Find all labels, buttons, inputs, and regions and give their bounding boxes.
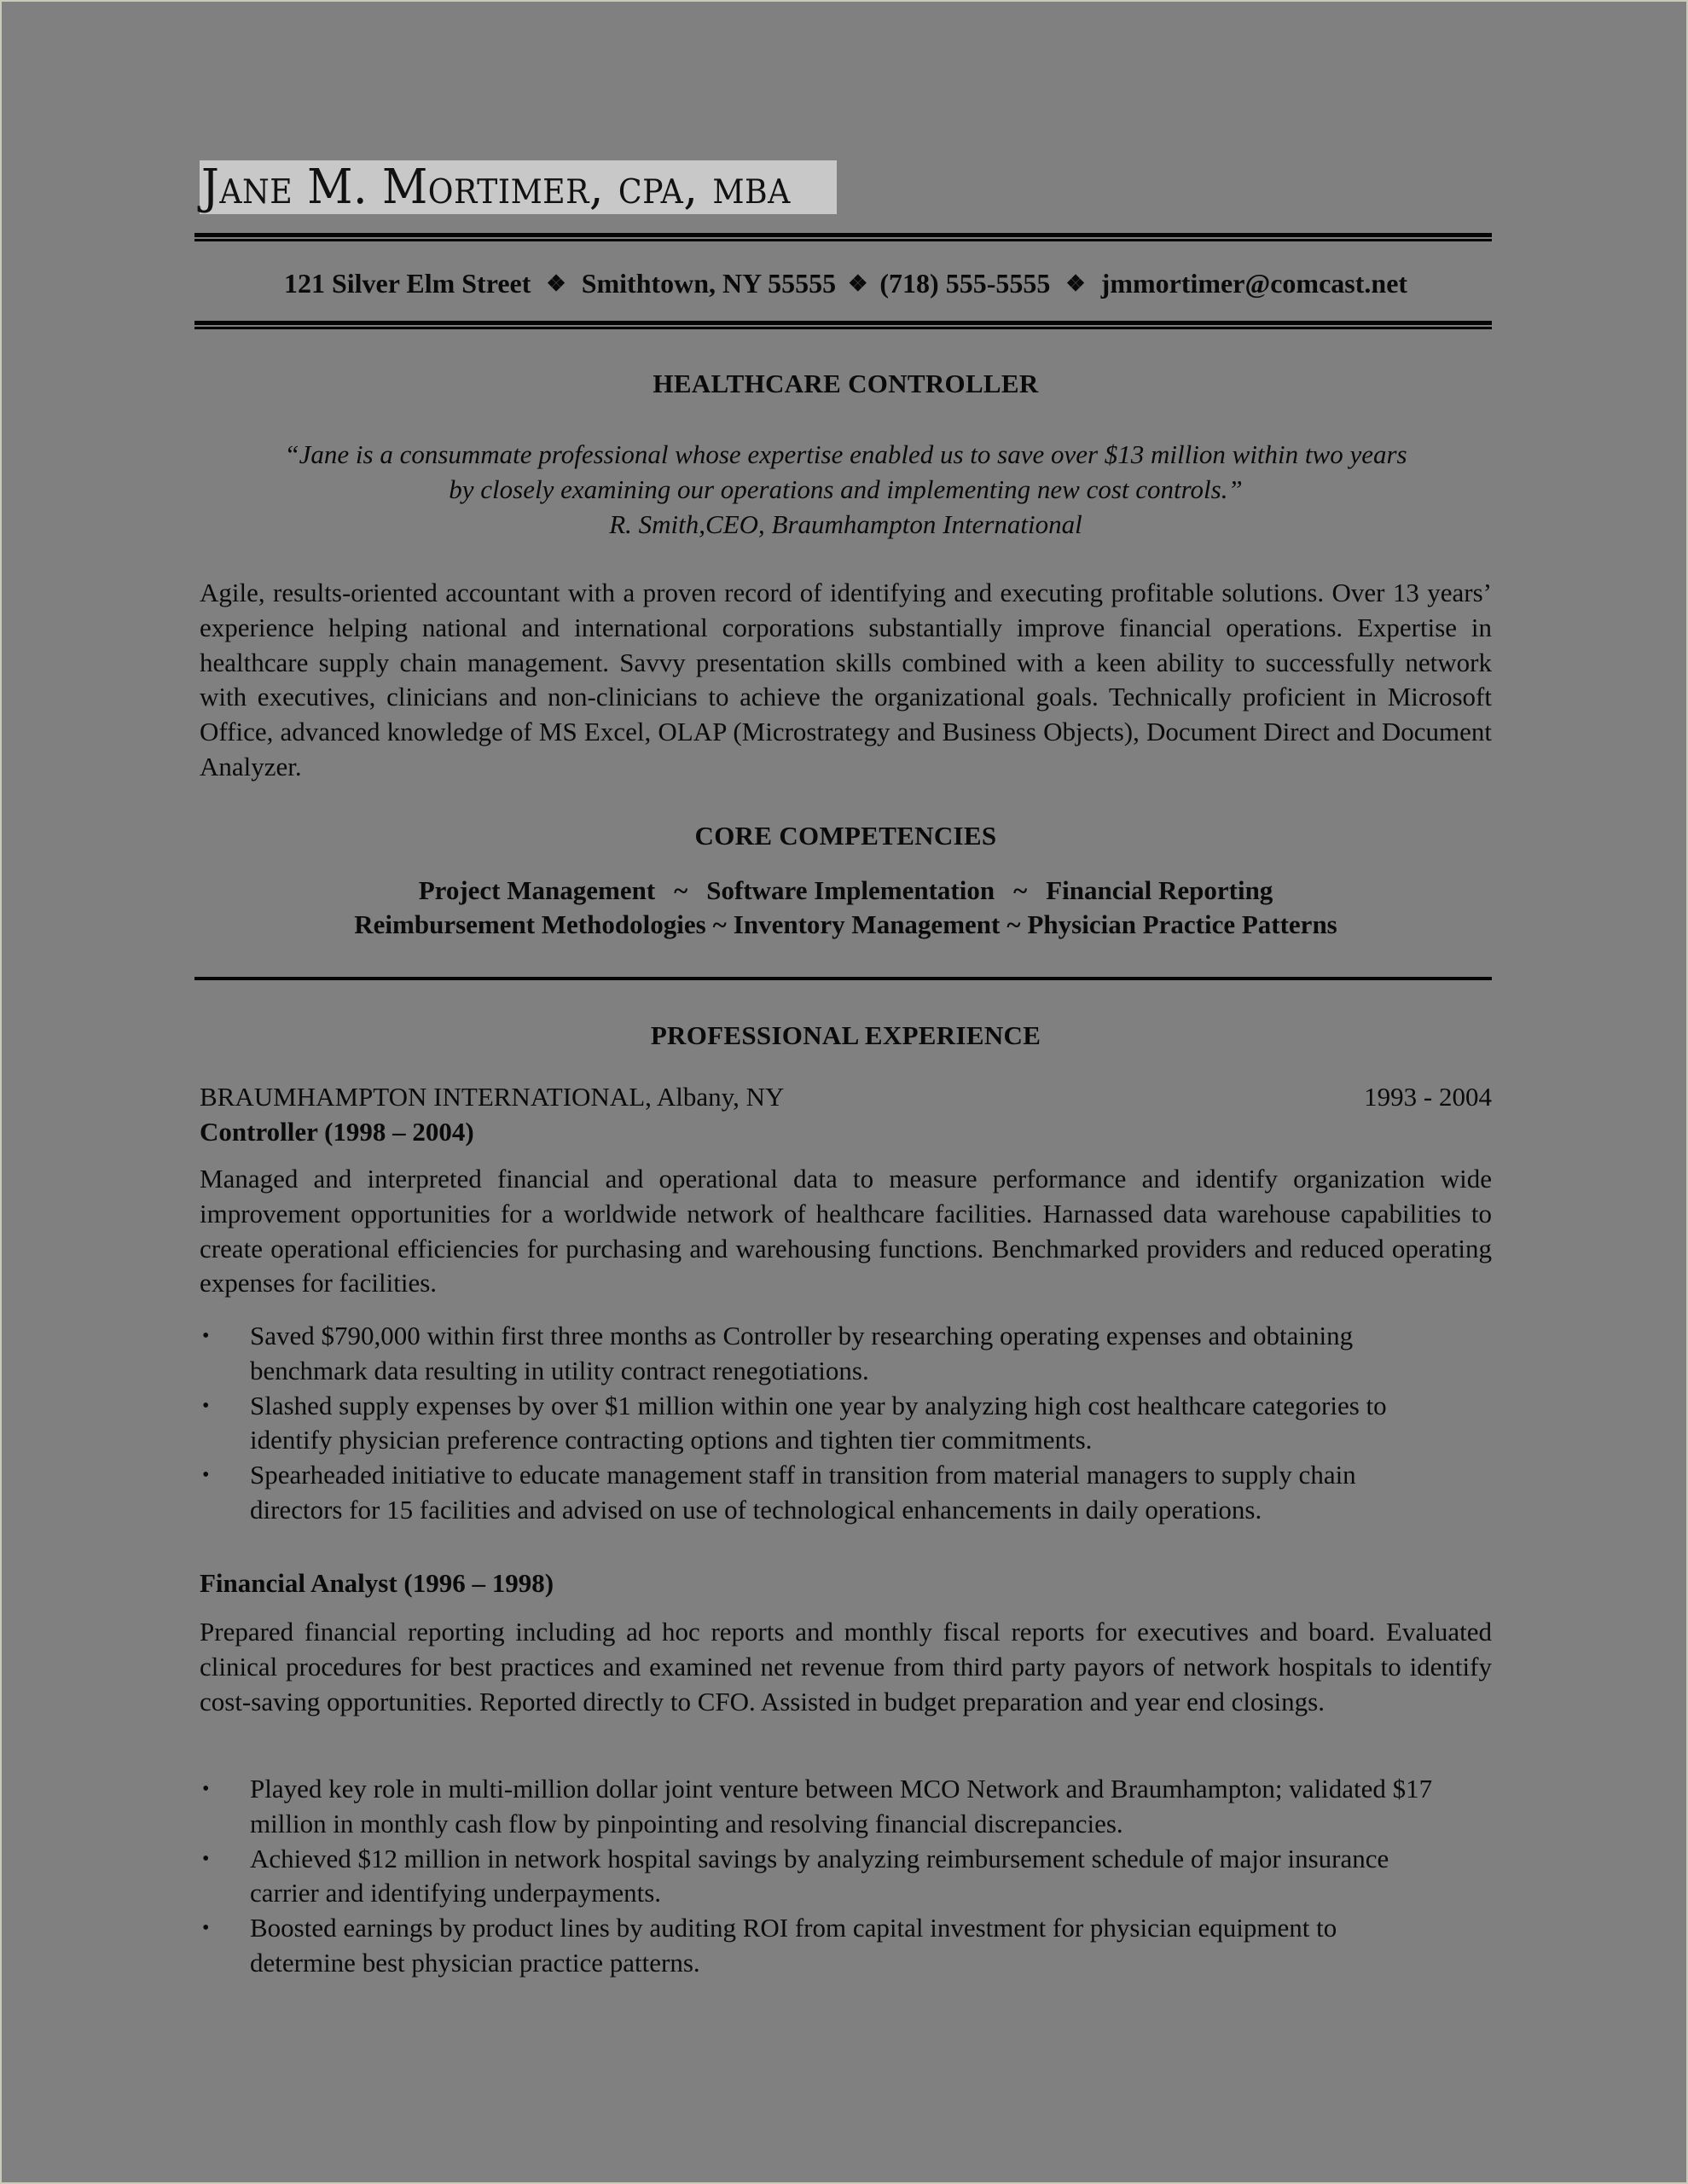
diamond-separator-icon: ❖ [546,271,566,296]
competency-item: Reimbursement Methodologies [354,909,705,939]
contact-city: Smithtown, NY 55555 [582,268,836,299]
role-title: Controller (1998 – 2004) [200,1115,474,1149]
competency-item: Inventory Management [734,909,1001,939]
bullet-icon: • [202,1772,209,1807]
headline-title: HEALTHCARE CONTROLLER [200,367,1492,401]
contact-phone: (718) 555-5555 [879,268,1050,299]
achievement-item: •Spearheaded initiative to educate manag… [200,1458,1445,1528]
employer-name: BRAUMHAMPTON INTERNATIONAL, Albany, NY [200,1080,784,1114]
achievement-item: •Played key role in multi-million dollar… [200,1772,1445,1842]
testimonial-line: by closely examining our operations and … [200,472,1492,507]
contact-line: 121 Silver Elm Street ❖ Smithtown, NY 55… [200,264,1492,305]
candidate-name: Jane M. Mortimer, cpa, mba [201,160,791,214]
bullet-icon: • [202,1911,209,1946]
header-bottom-rule [194,321,1492,329]
testimonial-attribution: R. Smith,CEO, Braumhampton International [200,507,1492,542]
achievement-item: •Achieved $12 million in network hospita… [200,1842,1445,1912]
testimonial-quote: “Jane is a consummate professional whose… [200,437,1492,542]
bullet-icon: • [202,1319,209,1354]
professional-summary: Agile, results-oriented accountant with … [200,576,1492,785]
role-title: Financial Analyst (1996 – 1998) [200,1566,554,1600]
role-achievements: •Played key role in multi-million dollar… [200,1772,1445,1981]
contact-email[interactable]: jmmortimer@comcast.net [1101,268,1407,299]
competency-item: Project Management [419,875,655,905]
diamond-separator-icon: ❖ [848,271,867,296]
core-competencies-list: Project Management~Software Implementati… [200,874,1492,942]
contact-street: 121 Silver Elm Street [284,268,531,299]
core-competencies-heading: CORE COMPETENCIES [200,819,1492,853]
tilde-separator: ~ [713,909,727,939]
testimonial-line: “Jane is a consummate professional whose… [200,437,1492,472]
bullet-icon: • [202,1389,209,1424]
diamond-separator-icon: ❖ [1065,271,1085,296]
experience-heading: PROFESSIONAL EXPERIENCE [200,1019,1492,1053]
employer-dates: 1993 - 2004 [1364,1080,1492,1114]
tilde-separator: ~ [1013,875,1027,905]
competency-item: Physician Practice Patterns [1027,909,1337,939]
name-highlight: Jane M. Mortimer, cpa, mba [200,160,837,214]
header-top-rule [194,233,1492,241]
role-description: Managed and interpreted financial and op… [200,1162,1492,1301]
tilde-separator: ~ [1006,909,1020,939]
competency-item: Financial Reporting [1046,875,1273,905]
tilde-separator: ~ [674,875,687,905]
competencies-row-1: Project Management~Software Implementati… [200,874,1492,908]
competency-item: Software Implementation [706,875,995,905]
section-divider [194,977,1492,980]
bullet-icon: • [202,1458,209,1493]
role-description: Prepared financial reporting including a… [200,1615,1492,1719]
bullet-icon: • [202,1842,209,1877]
achievement-item: •Slashed supply expenses by over $1 mill… [200,1389,1445,1459]
achievement-item: •Boosted earnings by product lines by au… [200,1911,1445,1981]
competencies-row-2: Reimbursement Methodologies~Inventory Ma… [200,908,1492,942]
employer-row: BRAUMHAMPTON INTERNATIONAL, Albany, NY 1… [200,1080,1492,1114]
achievement-item: •Saved $790,000 within first three month… [200,1319,1445,1389]
role-achievements: •Saved $790,000 within first three month… [200,1319,1445,1528]
